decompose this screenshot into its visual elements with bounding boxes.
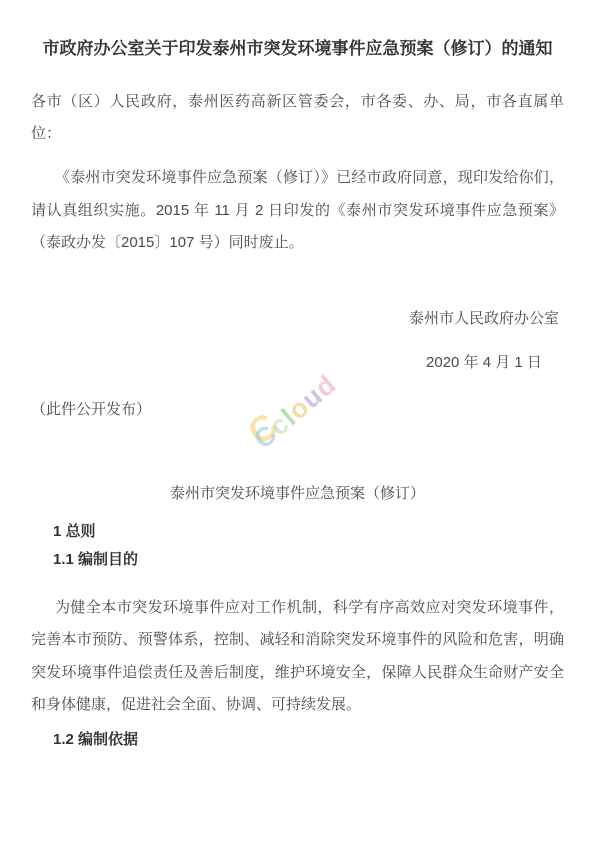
signer-name: 泰州市人民政府办公室 [409,310,559,328]
publish-note: （此件公开发布） [31,400,564,420]
section-1-1-body: 为健全本市突发环境事件应对工作机制，科学有序高效应对突发环境事件，完善本市预防、… [31,592,564,722]
section-1-heading: 1 总则 [31,522,564,542]
section-1-1-heading: 1.1 编制目的 [31,550,564,570]
watermark-letter: C [248,418,283,454]
notice-salutation: 各市（区）人民政府，泰州医药高新区管委会，市各委、办、局，市各直属单位： [31,86,564,150]
signature-inner: 泰州市人民政府办公室 2020 年 4 月 1 日 [409,310,559,372]
notice-title: 市政府办公室关于印发泰州市突发环境事件应急预案（修订）的通知 [31,38,564,60]
signature-date: 2020 年 4 月 1 日 [409,354,559,372]
section-1-2-heading: 1.2 编制依据 [31,730,564,750]
plan-title: 泰州市突发环境事件应急预案（修订） [31,484,564,504]
watermark-letter: d [309,369,342,403]
document-page: 市政府办公室关于印发泰州市突发环境事件应急预案（修订）的通知 各市（区）人民政府… [0,0,595,841]
signature-block: 泰州市人民政府办公室 2020 年 4 月 1 日 [0,310,559,372]
notice-body-paragraph: 《泰州市突发环境事件应急预案（修订）》已经市政府同意，现印发给你们，请认真组织实… [31,162,564,260]
